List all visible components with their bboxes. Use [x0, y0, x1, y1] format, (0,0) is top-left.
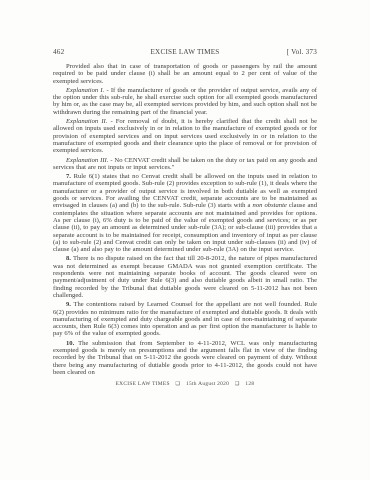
footer-page-number: 128: [245, 381, 254, 387]
header-journal-title: EXCISE LAW TIMES: [113, 48, 257, 56]
paragraph: 7. Rule 6(1) states that no Cenvat credi…: [53, 173, 317, 253]
text-run: The submission that from September to 4-…: [53, 340, 317, 376]
text-run: 10.: [66, 340, 74, 347]
text-run: There is no dispute raised on the fact t…: [53, 255, 317, 298]
paragraph: Explanation II. - For removal of doubt, …: [53, 118, 317, 154]
footer-issue-date: 15th August 2020: [186, 381, 229, 387]
text-run: clause and contemplates the situation wh…: [53, 202, 317, 253]
separator-square-icon: ❑: [175, 381, 180, 387]
scanned-document-page: 462 EXCISE LAW TIMES [ Vol. 373 Provided…: [0, 0, 370, 480]
running-header: 462 EXCISE LAW TIMES [ Vol. 373: [53, 0, 317, 56]
text-run: non obstante: [253, 202, 287, 209]
text-run: Explanation II.: [66, 118, 107, 125]
paragraph: Explanation I. - If the manufacturer of …: [53, 87, 317, 116]
running-footer: EXCISE LAW TIMES ❑ 15th August 2020 ❑ 12…: [53, 381, 317, 387]
text-run: Explanation III.: [66, 157, 108, 164]
text-run: The contentions raised by Learned Counse…: [53, 301, 317, 337]
document-body-text: Provided also that in case of transporta…: [53, 63, 317, 376]
footer-journal-title: EXCISE LAW TIMES: [116, 381, 170, 387]
paragraph: 9. The contentions raised by Learned Cou…: [53, 301, 317, 337]
separator-square-icon: ❑: [235, 381, 240, 387]
paragraph: 8. There is no dispute raised on the fac…: [53, 255, 317, 299]
header-volume-label: [ Vol. 373: [257, 48, 317, 56]
text-run: Explanation I.: [66, 87, 104, 94]
paragraph: 10. The submission that from September t…: [53, 340, 317, 376]
text-run: Provided also that in case of transporta…: [53, 63, 317, 85]
paragraph: Provided also that in case of transporta…: [53, 63, 317, 85]
paragraph: Explanation III. - No CENVAT credit shal…: [53, 157, 317, 172]
header-page-number: 462: [53, 48, 113, 56]
